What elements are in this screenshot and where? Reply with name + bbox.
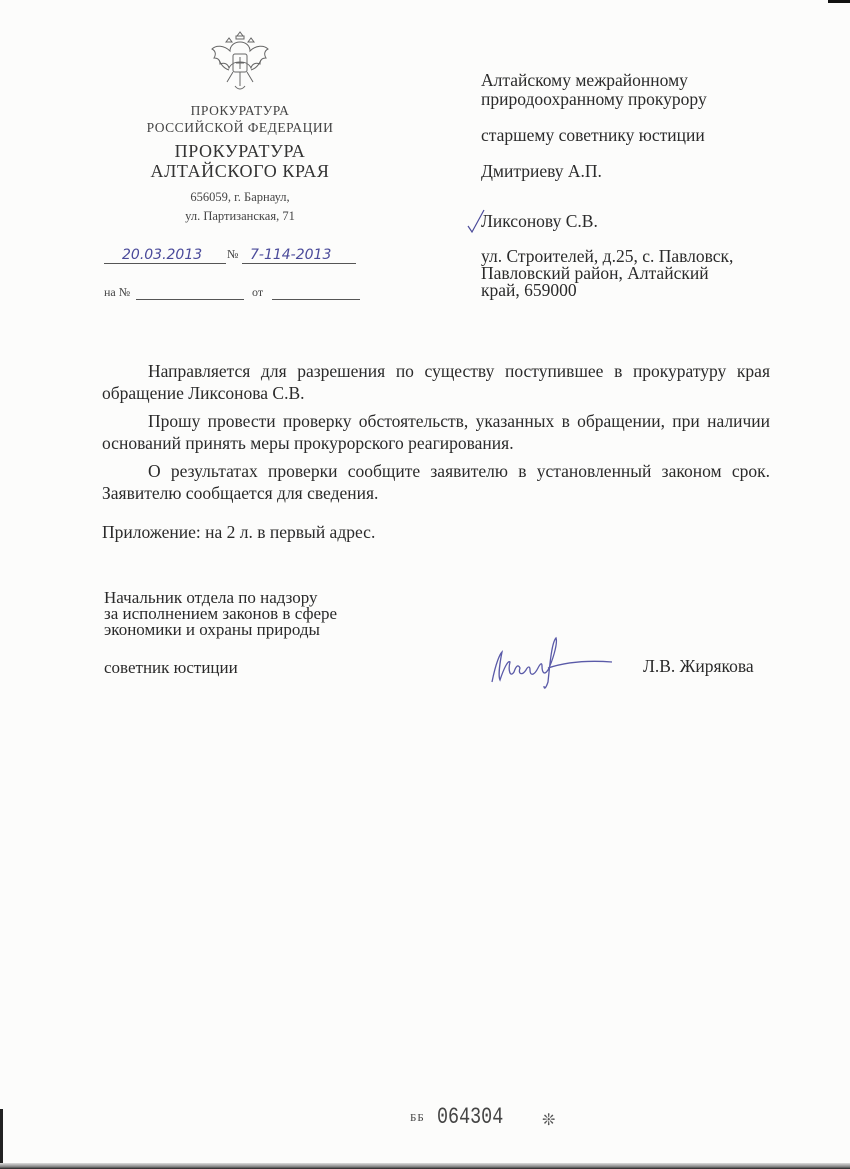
body-paragraph-1: Направляется для разрешения по существу … [102, 360, 770, 404]
form-number: 064304 [437, 1104, 503, 1130]
attachment-note: Приложение: на 2 л. в первый адрес. [102, 522, 375, 543]
signer-rank: советник юстиции [104, 658, 238, 678]
ornament-icon: ❊ [542, 1110, 555, 1130]
letterhead: ПРОКУРАТУРА РОССИЙСКОЙ ФЕДЕРАЦИИ ПРОКУРА… [110, 28, 370, 226]
org-address-line1: 656059, г. Барнаул, [110, 188, 370, 207]
coat-of-arms-icon [209, 28, 271, 98]
org-address-line2: ул. Партизанская, 71 [110, 207, 370, 226]
ref-from-label: от [252, 285, 263, 300]
recipient-rank: старшему советнику юстиции [481, 126, 801, 145]
addressee-block: Алтайскому межрайонному природоохранному… [481, 71, 801, 299]
org-name-line1: ПРОКУРАТУРА [110, 102, 370, 119]
form-serial-number: ББ 064304 ❊ [410, 1104, 519, 1130]
dept-name-line1: ПРОКУРАТУРА [110, 141, 370, 161]
registration-number: 7-114-2013 [250, 247, 331, 263]
recipient-name: Дмитриеву А.П. [481, 162, 801, 181]
ref-number-blank [136, 299, 244, 300]
form-series: ББ [410, 1112, 425, 1124]
scan-edge-shadow [0, 1109, 3, 1169]
recipient-line1: Алтайскому межрайонному [481, 71, 801, 90]
applicant-address-line3: край, 659000 [481, 282, 801, 299]
signer-name: Л.В. Жирякова [643, 656, 754, 677]
checkmark-icon [467, 208, 485, 234]
letter-body: Направляется для разрешения по существу … [102, 360, 770, 510]
registration-line: 20.03.2013 № 7-114-2013 [104, 244, 356, 264]
recipient-line2: природоохранному прокурору [481, 90, 801, 109]
body-paragraph-2: Прошу провести проверку обстоятельств, у… [102, 410, 770, 454]
handwritten-signature-icon [486, 632, 616, 692]
ref-number-label: на № [104, 285, 130, 300]
signer-position: Начальник отдела по надзору за исполнени… [104, 590, 337, 638]
number-underline [242, 263, 356, 264]
scan-corner-mark [828, 0, 850, 3]
applicant-name: Ликсонову С.В. [481, 212, 801, 231]
reference-line: на № от [104, 284, 364, 302]
registration-date: 20.03.2013 [122, 247, 202, 263]
dept-name-line2: АЛТАЙСКОГО КРАЯ [110, 161, 370, 181]
number-label: № [227, 247, 238, 262]
scan-bottom-edge [0, 1163, 850, 1169]
date-underline [104, 263, 226, 264]
body-paragraph-3: О результатах проверки сообщите заявител… [102, 460, 770, 504]
signer-position-line3: экономики и охраны природы [104, 622, 337, 638]
org-name-line2: РОССИЙСКОЙ ФЕДЕРАЦИИ [110, 119, 370, 136]
ref-date-blank [272, 299, 360, 300]
